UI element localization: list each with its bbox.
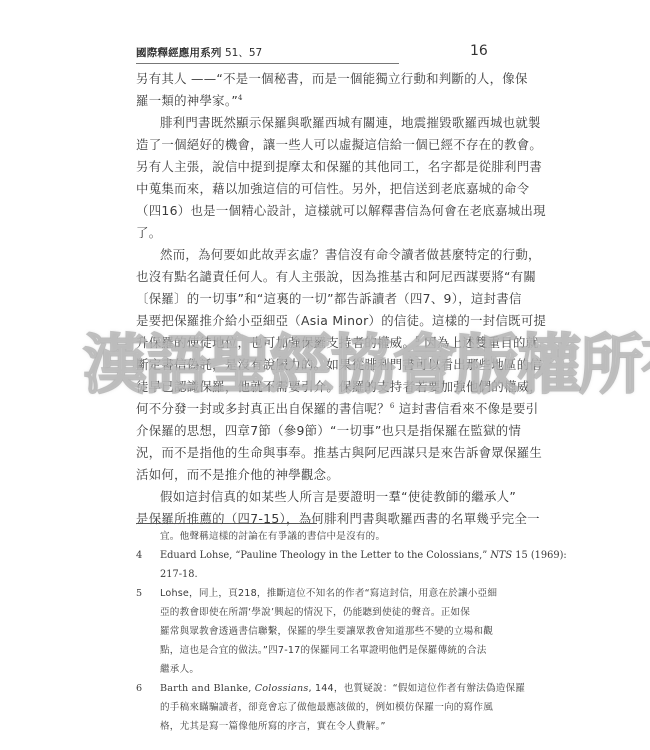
text-line-content: 何不分發一封或多封真正出自保羅的書信呢？ xyxy=(136,401,390,416)
text-line: 徒早已認識保羅，他就不需要引介。保羅的支持者若要加強他們的權威， xyxy=(136,376,399,398)
text-line-content: 羅一類的神學家。” xyxy=(136,93,238,108)
footnote-ref[interactable]: 6 xyxy=(390,402,395,410)
header-divider xyxy=(136,63,399,64)
text-line: 腓利門書既然顯示保羅與歌羅西城有關連，地震摧毀歌羅西城也就製 xyxy=(136,112,399,134)
journal-name: NTS xyxy=(490,550,512,561)
text-line: 假如這封信真的如某些人所言是要證明一羣“使徒教師的繼承人” xyxy=(136,486,399,508)
footnote-line: 亞的教會即使在所謂‘學說’興起的情況下，仍能聽到使徒的聲音。正如保 xyxy=(160,603,399,622)
running-header: 國際釋經應用系列 51、57 xyxy=(136,44,399,62)
footnote-continuation: 宜。他聲稱這樣的討論在有爭議的書信中是沒有的。 xyxy=(136,527,399,546)
footnote-4: 4Eduard Lohse, “Pauline Theology in the … xyxy=(136,546,399,584)
footnote-number: 5 xyxy=(136,584,160,603)
paragraph: 然而，為何要如此故弄玄虛？書信沒有命令讀者做甚麼特定的行動， 也沒有點名譴責任何… xyxy=(136,244,399,486)
text-line: （四16）也是一個精心設計，這樣就可以解釋書信為何會在老底嘉城出現 xyxy=(136,200,399,222)
footnote-text: Lohse，同上，頁218，推斷這位不知名的作者“寫這封信，用意在於讓小亞細 xyxy=(160,588,497,599)
footnote-line: 宜。他聲稱這樣的討論在有爭議的書信中是沒有的。 xyxy=(160,527,399,546)
footnote-line: 格，尤其是寫一篇像他所寫的序言，實在令人費解。” xyxy=(160,717,399,736)
footnote-ref[interactable]: 5 xyxy=(415,336,420,344)
footnote-line: 6Barth and Blanke, Colossians, 144，也質疑說：… xyxy=(160,679,399,698)
footnote-ref[interactable]: 4 xyxy=(238,94,243,102)
text-line: 了。 xyxy=(136,222,399,244)
text-line: 另有人主張，說信中提到提摩太和保羅的其他同工，名字都是從腓利門書 xyxy=(136,156,399,178)
footnote-line: 繼承人。 xyxy=(160,660,399,679)
text-line: 況，而不是指他的生命與事奉。推基古與阿尼西謀只是來告訴會眾保羅生 xyxy=(136,442,399,464)
text-line: 是要把保羅推介給小亞細亞（Asia Minor）的信徒。這樣的一封信既可提 xyxy=(136,310,399,332)
page-number: 16 xyxy=(470,41,486,61)
text-line: 然而，為何要如此故弄玄虛？書信沒有命令讀者做甚麼特定的行動， xyxy=(136,244,399,266)
book-page: 國際釋經應用系列 51、57 16 另有其人 ——“不是一個秘書，而是一個能獨立… xyxy=(0,0,650,750)
footnote-line: 的手稿來瞞騙讀者，卻竟會忘了做他最應該做的，例如模仿保羅一向的寫作風 xyxy=(160,698,399,717)
text-line: 造了一個絕好的機會，讓一些人可以虛擬這信給一個已經不存在的教會。 xyxy=(136,134,399,156)
citation-detail: 15 (1969): xyxy=(512,550,567,561)
paragraph: 另有其人 ——“不是一個秘書，而是一個能獨立行動和判斷的人，像保 羅一類的神學家… xyxy=(136,68,399,112)
footnote-line: 217-18. xyxy=(160,565,399,584)
text-line-content: 因為上述雙重目的就 xyxy=(424,335,538,350)
footnote-line: 5Lohse，同上，頁218，推斷這位不知名的作者“寫這封信，用意在於讓小亞細 xyxy=(160,584,399,603)
volume-numbers: 51、57 xyxy=(225,47,262,59)
text-line: 也沒有點名譴責任何人。有人主張說，因為推基古和阿尼西謀要將“有關 xyxy=(136,266,399,288)
text-line: 介保羅的思想，四章7節（參9節）“一切事”也只是指保羅在監獄的情 xyxy=(136,420,399,442)
citation-author: Barth and Blanke, xyxy=(160,683,255,694)
body-text: 另有其人 ——“不是一個秘書，而是一個能獨立行動和判斷的人，像保 羅一類的神學家… xyxy=(136,68,399,530)
text-line: 活如何，而不是推介他的神學觀念。 xyxy=(136,464,399,486)
text-line: 〔保羅〕的一切事”和“這裏的一切”都告訴讀者（四7、9），這封書信 xyxy=(136,288,399,310)
footnote-line: 4Eduard Lohse, “Pauline Theology in the … xyxy=(160,546,399,565)
text-line: 斷定書信偽託，是沒有說服力的。如果從腓利門書可以看出那些地區的信 xyxy=(136,354,399,376)
text-line: 何不分發一封或多封真正出自保羅的書信呢？6 這封書信看來不像是要引 xyxy=(136,398,399,420)
text-line: 羅一類的神學家。”4 xyxy=(136,90,399,112)
paragraph: 腓利門書既然顯示保羅與歌羅西城有關連，地震摧毀歌羅西城也就製 造了一個絕好的機會… xyxy=(136,112,399,244)
text-line-content: 這封書信看來不像是要引 xyxy=(399,401,539,416)
text-line: 另有其人 ——“不是一個秘書，而是一個能獨立行動和判斷的人，像保 xyxy=(136,68,399,90)
footnote-text: , 144，也質疑說：“假如這位作者有辦法偽造保羅 xyxy=(308,683,525,694)
text-line: 中蒐集而來，藉以加強這信的可信性。另外，把信送到老底嘉城的命令 xyxy=(136,178,399,200)
footnote-6: 6Barth and Blanke, Colossians, 144，也質疑說：… xyxy=(136,679,399,736)
series-title: 國際釋經應用系列 xyxy=(136,47,222,59)
book-title: Colossians xyxy=(255,683,309,694)
text-line-content: 升保羅的使徒地位，也可加強保羅支持者的權威。 xyxy=(136,335,415,350)
footnote-number: 6 xyxy=(136,679,160,698)
footnote-5: 5Lohse，同上，頁218，推斷這位不知名的作者“寫這封信，用意在於讓小亞細 … xyxy=(136,584,399,679)
text-line: 升保羅的使徒地位，也可加強保羅支持者的權威。5 因為上述雙重目的就 xyxy=(136,332,399,354)
citation-author: Eduard Lohse, “Pauline Theology in the L… xyxy=(160,550,490,561)
footnote-line: 羅常與眾教會透過書信聯繫，保羅的學生要讓眾教會知道那些不變的立場和觀 xyxy=(160,622,399,641)
footnotes: 宜。他聲稱這樣的討論在有爭議的書信中是沒有的。 4Eduard Lohse, “… xyxy=(136,527,399,736)
footnote-line: 點，這也是合宜的做法。”四7-17的保羅同工名單證明他們是保羅傳統的合法 xyxy=(160,641,399,660)
footnote-number: 4 xyxy=(136,546,160,565)
footnote-divider xyxy=(136,523,317,524)
